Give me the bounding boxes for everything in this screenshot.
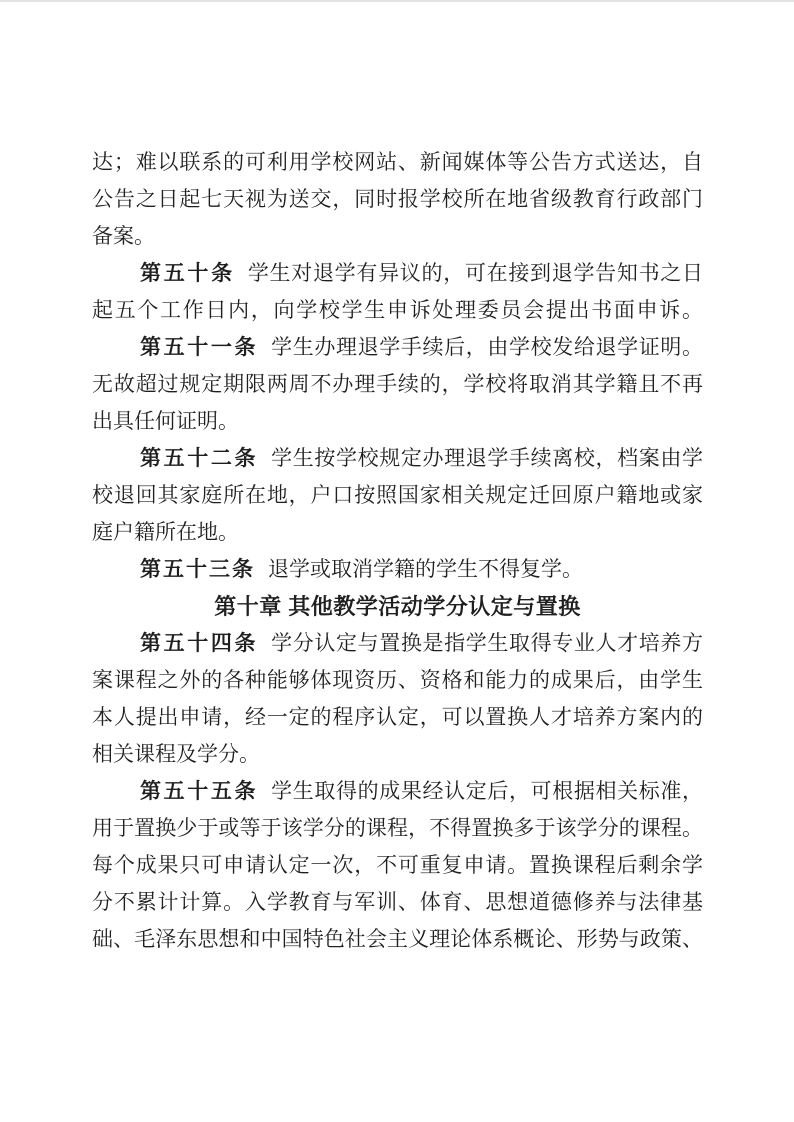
article-number: 第五十五条 <box>140 779 258 803</box>
body-line: 达；难以联系的可利用学校网站、新闻媒体等公告方式送达，自 <box>92 144 703 181</box>
body-text: 退学或取消学籍的学生不得复学。 <box>268 557 583 581</box>
body-text: 校退回其家庭所在地，户口按照国家相关规定迁回原户籍地或家 <box>92 483 703 507</box>
body-text: 础、毛泽东思想和中国特色社会主义理论体系概论、形势与政策、 <box>92 927 703 951</box>
article-number: 第五十条 <box>140 261 235 285</box>
body-text: 备案。 <box>92 224 155 248</box>
body-text: 学生对退学有异议的，可在接到退学告知书之日 <box>248 261 703 285</box>
body-line: 用于置换少于或等于该学分的课程，不得置换多于该学分的课程。 <box>92 810 703 847</box>
body-text: 学生按学校规定办理退学手续离校，档案由学 <box>271 446 703 470</box>
body-text: 用于置换少于或等于该学分的课程，不得置换多于该学分的课程。 <box>92 816 703 840</box>
body-text: 学生办理退学手续后，由学校发给退学证明。 <box>271 335 703 359</box>
body-text: 达；难以联系的可利用学校网站、新闻媒体等公告方式送达，自 <box>92 150 703 174</box>
body-line: 每个成果只可申请认定一次，不可重复申请。置换课程后剩余学 <box>92 847 703 884</box>
scan-edge-line <box>0 0 794 2</box>
body-text: 学生取得的成果经认定后，可根据相关标准， <box>271 779 703 803</box>
chapter-heading-text: 第十章 其他教学活动学分认定与置换 <box>214 594 581 619</box>
body-line: 相关课程及学分。 <box>92 736 703 773</box>
article-line: 第五十五条学生取得的成果经认定后，可根据相关标准， <box>92 773 703 810</box>
body-text: 相关课程及学分。 <box>92 742 260 766</box>
body-text: 出具任何证明。 <box>92 409 239 433</box>
body-line: 起五个工作日内，向学校学生申诉处理委员会提出书面申诉。 <box>92 292 703 329</box>
body-text: 起五个工作日内，向学校学生申诉处理委员会提出书面申诉。 <box>92 298 703 322</box>
article-line: 第五十条学生对退学有异议的，可在接到退学告知书之日 <box>92 255 703 292</box>
body-line: 备案。 <box>92 218 703 255</box>
document-text-block: 达；难以联系的可利用学校网站、新闻媒体等公告方式送达，自 公告之日起七天视为送交… <box>92 144 703 958</box>
document-page: 达；难以联系的可利用学校网站、新闻媒体等公告方式送达，自 公告之日起七天视为送交… <box>0 0 794 1122</box>
body-line: 无故超过规定期限两周不办理手续的，学校将取消其学籍且不再 <box>92 366 703 403</box>
body-line: 庭户籍所在地。 <box>92 514 703 551</box>
body-line: 本人提出申请，经一定的程序认定，可以置换人才培养方案内的 <box>92 699 703 736</box>
body-text: 分不累计计算。入学教育与军训、体育、思想道德修养与法律基 <box>92 890 703 914</box>
article-line: 第五十一条学生办理退学手续后，由学校发给退学证明。 <box>92 329 703 366</box>
body-line: 础、毛泽东思想和中国特色社会主义理论体系概论、形势与政策、 <box>92 921 703 958</box>
body-text: 庭户籍所在地。 <box>92 520 239 544</box>
chapter-heading: 第十章 其他教学活动学分认定与置换 <box>92 588 703 625</box>
body-line: 公告之日起七天视为送交，同时报学校所在地省级教育行政部门 <box>92 181 703 218</box>
article-line: 第五十三条退学或取消学籍的学生不得复学。 <box>92 551 703 588</box>
body-text: 学分认定与置换是指学生取得专业人才培养方 <box>271 631 703 655</box>
body-line: 分不累计计算。入学教育与军训、体育、思想道德修养与法律基 <box>92 884 703 921</box>
body-text: 案课程之外的各种能够体现资历、资格和能力的成果后，由学生 <box>92 668 703 692</box>
body-text: 本人提出申请，经一定的程序认定，可以置换人才培养方案内的 <box>92 705 703 729</box>
body-line: 校退回其家庭所在地，户口按照国家相关规定迁回原户籍地或家 <box>92 477 703 514</box>
article-number: 第五十二条 <box>140 446 258 470</box>
body-text: 每个成果只可申请认定一次，不可重复申请。置换课程后剩余学 <box>92 853 703 877</box>
article-number: 第五十四条 <box>140 631 258 655</box>
body-text: 无故超过规定期限两周不办理手续的，学校将取消其学籍且不再 <box>92 372 703 396</box>
article-line: 第五十二条学生按学校规定办理退学手续离校，档案由学 <box>92 440 703 477</box>
article-line: 第五十四条学分认定与置换是指学生取得专业人才培养方 <box>92 625 703 662</box>
article-number: 第五十三条 <box>140 557 255 581</box>
body-text: 公告之日起七天视为送交，同时报学校所在地省级教育行政部门 <box>92 187 703 211</box>
body-line: 案课程之外的各种能够体现资历、资格和能力的成果后，由学生 <box>92 662 703 699</box>
article-number: 第五十一条 <box>140 335 258 359</box>
body-line: 出具任何证明。 <box>92 403 703 440</box>
